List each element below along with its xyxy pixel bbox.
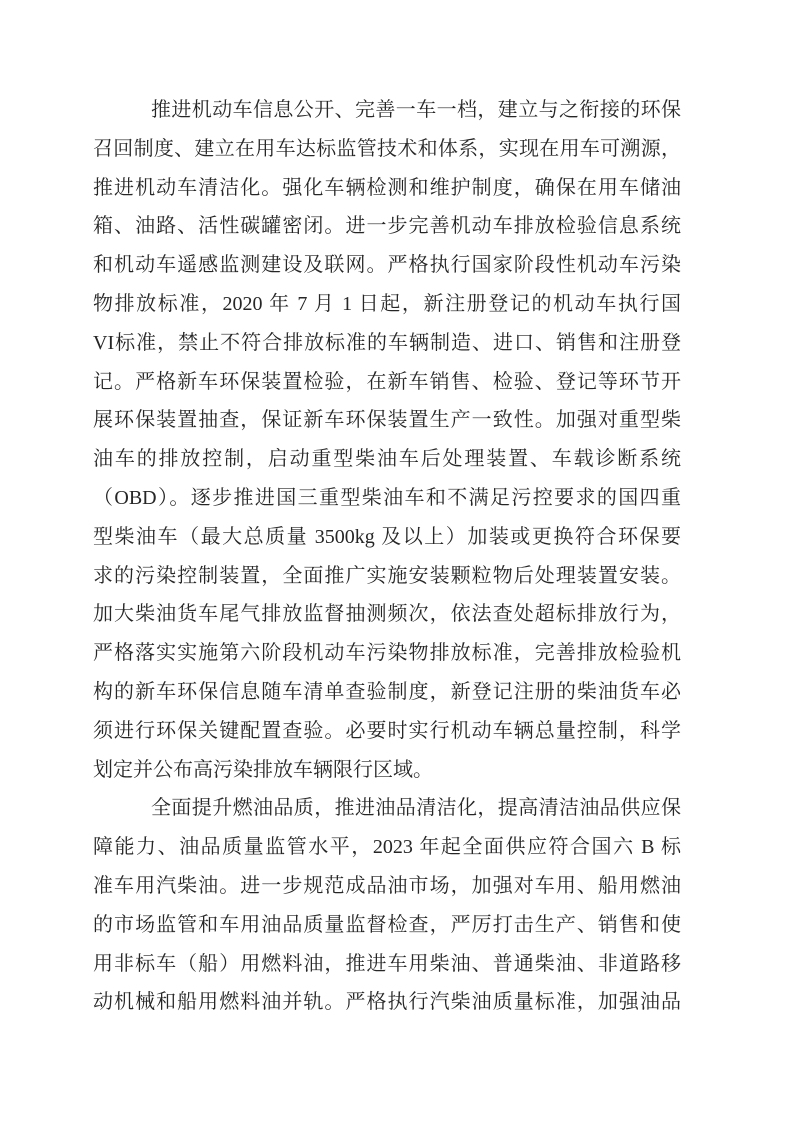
text-line: VI标准，禁止不符合排放标准的车辆制造、进口、销售和注册登 [93, 324, 681, 363]
text-line: 严格落实实施第六阶段机动车污染物排放标准，完善排放检验机 [93, 634, 681, 673]
text-line: 物排放标准，2020 年 7 月 1 日起，新注册登记的机动车执行国 [93, 285, 681, 324]
text-line: 加大柴油货车尾气排放监督抽测频次，依法查处超标排放行为， [93, 595, 681, 634]
text-line: 和机动车遥感监测建设及联网。严格执行国家阶段性机动车污染 [93, 246, 681, 285]
text-line: 展环保装置抽查，保证新车环保装置生产一致性。加强对重型柴 [93, 401, 681, 440]
text-line: 油车的排放控制，启动重型柴油车后处理装置、车载诊断系统 [93, 440, 681, 479]
text-line: 推进机动车信息公开、完善一车一档，建立与之衔接的环保 [93, 91, 681, 130]
text-line: 障能力、油品质量监管水平，2023 年起全面供应符合国六 B 标 [93, 828, 681, 867]
text-line: 用非标车（船）用燃料油，推进车用柴油、普通柴油、非道路移 [93, 945, 681, 984]
text-line: 划定并公布高污染排放车辆限行区域。 [93, 751, 681, 790]
text-line: 须进行环保关键配置查验。必要时实行机动车辆总量控制，科学 [93, 712, 681, 751]
text-line: 型柴油车（最大总质量 3500kg 及以上）加装或更换符合环保要 [93, 518, 681, 557]
text-line: 推进机动车清洁化。强化车辆检测和维护制度，确保在用车储油 [93, 169, 681, 208]
document-body: 推进机动车信息公开、完善一车一档，建立与之衔接的环保召回制度、建立在用车达标监管… [93, 91, 681, 1022]
text-line: 的市场监管和车用油品质量监督检查，严厉打击生产、销售和使 [93, 906, 681, 945]
text-line: 召回制度、建立在用车达标监管技术和体系，实现在用车可溯源， [93, 130, 681, 169]
text-line: （OBD）。逐步推进国三重型柴油车和不满足污控要求的国四重 [93, 479, 681, 518]
text-line: 构的新车环保信息随车清单查验制度，新登记注册的柴油货车必 [93, 673, 681, 712]
text-line: 求的污染控制装置，全面推广实施安装颗粒物后处理装置安装。 [93, 557, 681, 596]
text-line: 准车用汽柴油。进一步规范成品油市场，加强对车用、船用燃油 [93, 867, 681, 906]
text-line: 箱、油路、活性碳罐密闭。进一步完善机动车排放检验信息系统 [93, 207, 681, 246]
text-line: 记。严格新车环保装置检验，在新车销售、检验、登记等环节开 [93, 363, 681, 402]
document-page: 推进机动车信息公开、完善一车一档，建立与之衔接的环保召回制度、建立在用车达标监管… [0, 0, 793, 1124]
text-line: 动机械和船用燃料油并轨。严格执行汽柴油质量标准，加强油品 [93, 983, 681, 1022]
text-line: 全面提升燃油品质，推进油品清洁化，提高清洁油品供应保 [93, 789, 681, 828]
